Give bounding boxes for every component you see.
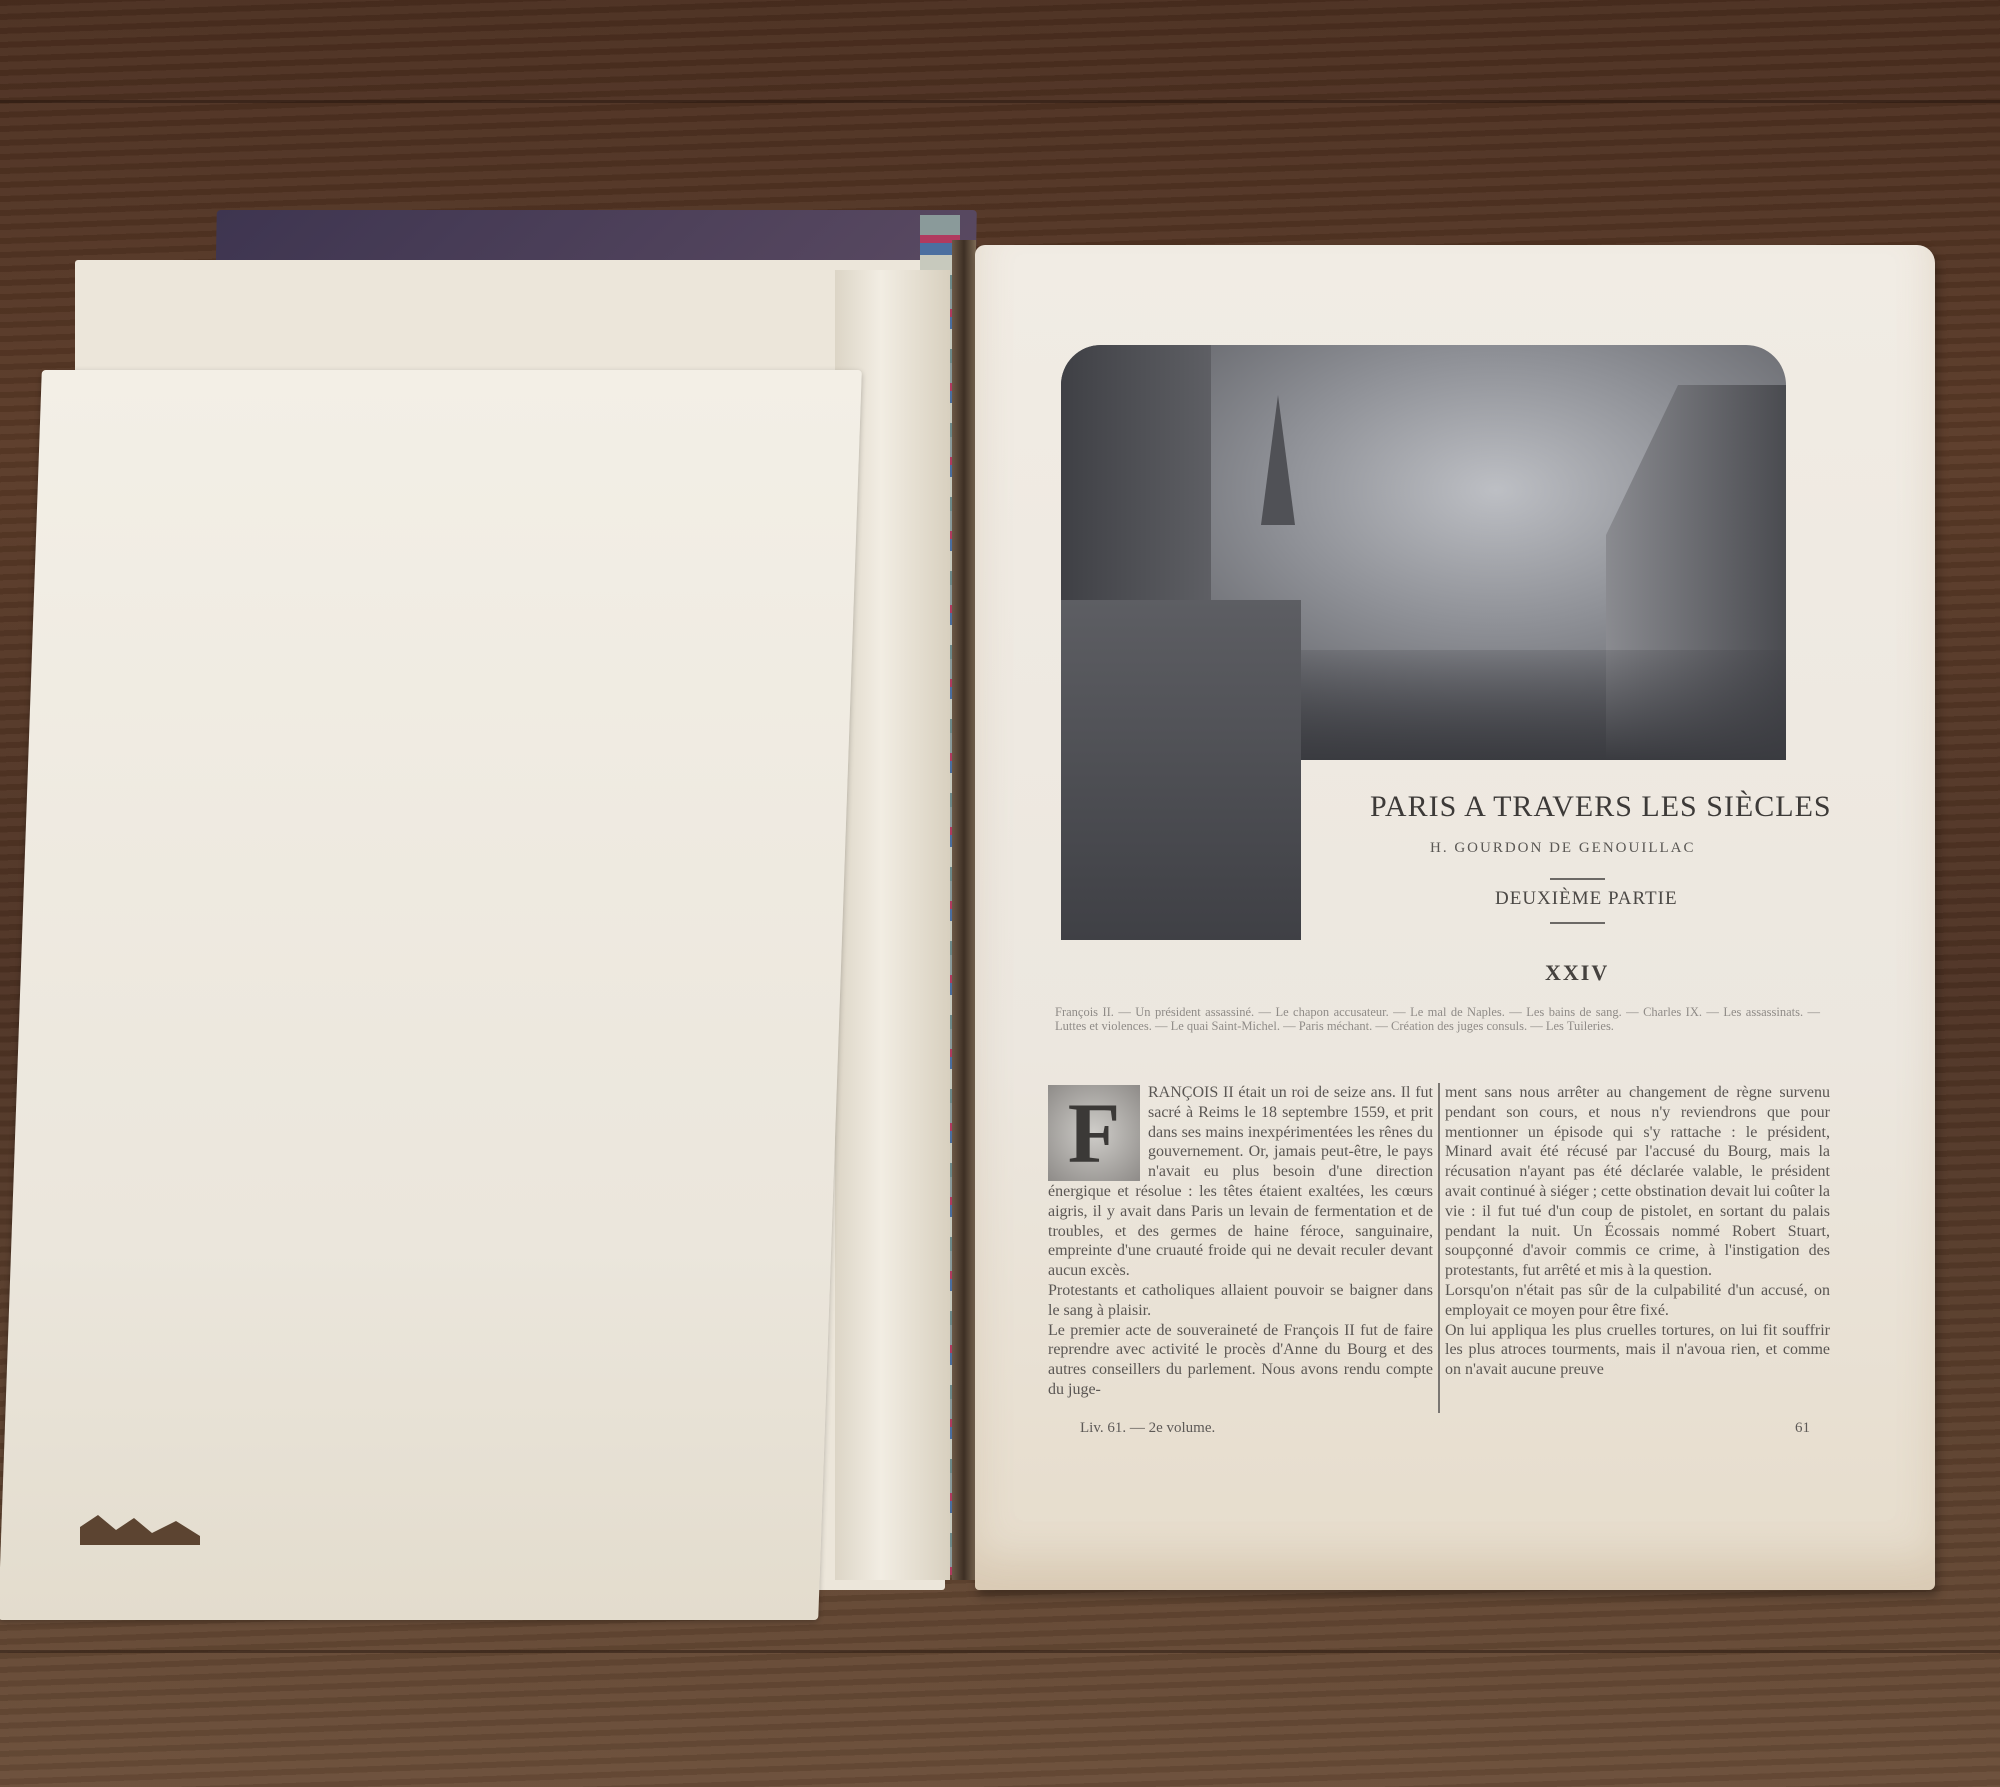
page-footer-signature: Liv. 61. — 2e volume.	[1080, 1420, 1215, 1437]
part-heading: DEUXIÈME PARTIE	[1495, 888, 1678, 910]
wood-plank-seam	[0, 100, 2000, 103]
church-spire	[1261, 395, 1295, 525]
paragraph: Lorsqu'on n'était pas sûr de la culpabil…	[1445, 1281, 1830, 1321]
text-column-1: F RANÇOIS II était un roi de seize ans. …	[1048, 1083, 1433, 1400]
paragraph: Le premier acte de souveraineté de Franç…	[1048, 1321, 1433, 1400]
column-divider	[1438, 1083, 1440, 1413]
divider	[1550, 922, 1605, 924]
engraving-lower-left	[1061, 600, 1301, 940]
divider	[1550, 878, 1605, 880]
paragraph: ment sans nous arrêter au changement de …	[1445, 1083, 1830, 1281]
page-number: 61	[1795, 1420, 1810, 1437]
chapter-summary: François II. — Un président assassiné. —…	[1055, 1005, 1820, 1033]
paragraph: On lui appliqua les plus cruelles tortur…	[1445, 1321, 1830, 1380]
book-title: PARIS A TRAVERS LES SIÈCLES	[1370, 790, 1832, 824]
wood-plank-seam	[0, 1650, 2000, 1653]
book-spine	[952, 240, 976, 1580]
book-author: H. GOURDON DE GENOUILLAC	[1430, 840, 1695, 857]
text-column-2: ment sans nous arrêter au changement de …	[1445, 1083, 1830, 1380]
ornamental-dropcap: F	[1048, 1085, 1140, 1181]
paragraph: Protestants et catholiques allaient pouv…	[1048, 1281, 1433, 1321]
chapter-number: XXIV	[1545, 960, 1609, 986]
left-blank-page	[0, 370, 862, 1620]
